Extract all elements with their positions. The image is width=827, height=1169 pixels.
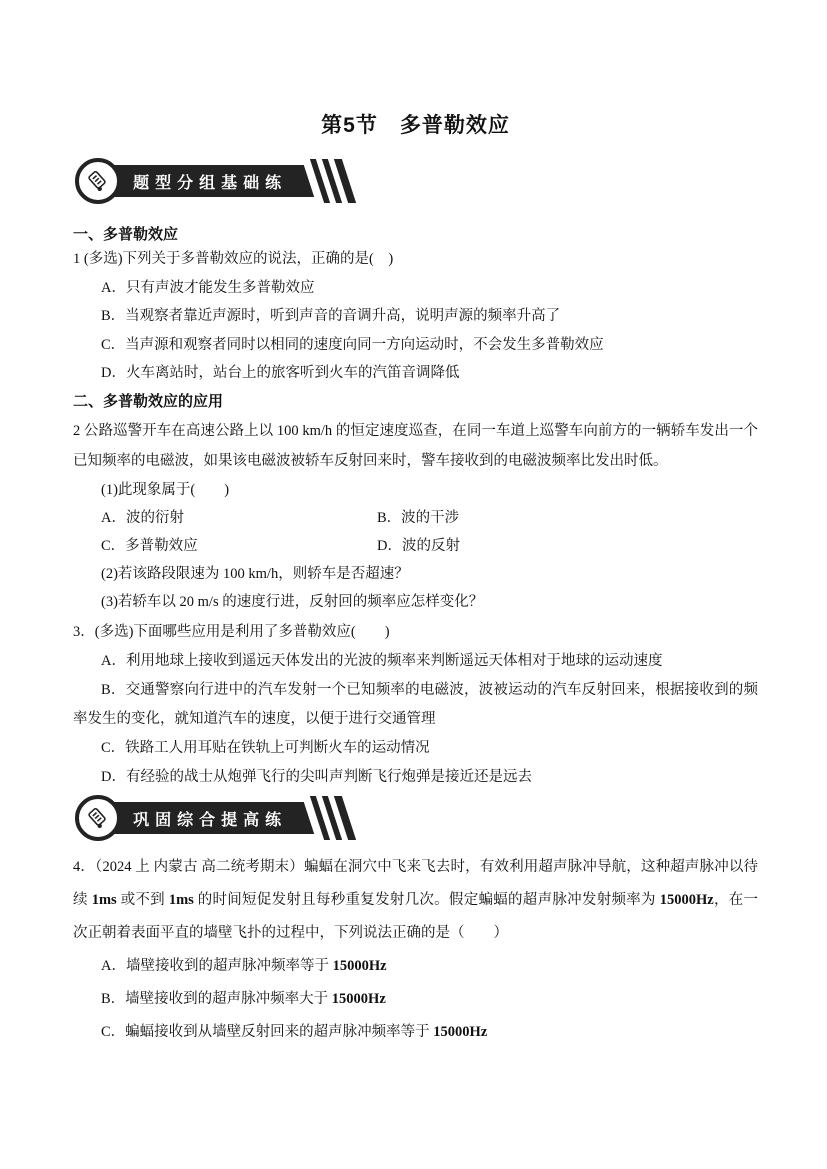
badge-label: 题型分组基础练 <box>133 170 287 193</box>
question-2-stem: 2 公路巡警开车在高速公路上以 100 km/h 的恒定速度巡查，在同一车道上巡… <box>73 416 758 476</box>
question-3-option-b: B．交通警察向行进中的汽车发射一个已知频率的电磁波，波被运动的汽车反射回来，根据… <box>73 676 758 734</box>
question-3-stem: 3．(多选)下面哪些应用是利用了多普勒效应( ) <box>73 618 758 647</box>
badge-circle <box>75 158 121 204</box>
question-2-option-d: D．波的反射 <box>377 532 460 560</box>
question-3-option-c: C．铁路工人用耳贴在铁轨上可判断火车的运动情况 <box>73 734 758 763</box>
option-text: A．墙壁接收到的超声脉冲频率等于 <box>101 958 333 974</box>
question-1-option-c: C．当声源和观察者同时以相同的速度向同一方向运动时，不会发生多普勒效应 <box>73 331 758 360</box>
badge-stripes <box>317 159 355 203</box>
badge-label: 巩固综合提高练 <box>133 806 287 829</box>
question-3-option-d: D．有经验的战士从炮弹飞行的尖叫声判断飞行炮弹是接近还是远去 <box>73 763 758 792</box>
question-2-sub-3: (3)若轿车以 20 m/s 的速度行进，反射回的频率应怎样变化？ <box>73 588 758 616</box>
page-title: 第5节 多普勒效应 <box>73 112 758 140</box>
bold-number: 1ms <box>169 892 194 908</box>
question-1-option-b: B．当观察者靠近声源时，听到声音的音调升高，说明声源的频率升高了 <box>73 302 758 331</box>
question-2-option-b: B．波的干涉 <box>377 504 459 532</box>
question-2-subquestions: (1)此现象属于( ) A．波的衍射 B．波的干涉 C．多普勒效应 D．波的反射… <box>73 476 758 616</box>
scroll-icon <box>85 168 111 194</box>
stem-text: 或不到 <box>117 892 169 908</box>
question-2-options-row-1: A．波的衍射 B．波的干涉 <box>73 504 758 532</box>
bold-number: 15000Hz <box>660 892 714 908</box>
question-1: 1 (多选)下列关于多普勒效应的说法，正确的是( ) A．只有声波才能发生多普勒… <box>73 245 758 388</box>
question-4: 4．（2024 上 内蒙古 高二统考期末）蝙蝠在洞穴中飞来飞去时，有效利用超声脉… <box>73 851 758 1049</box>
question-3-option-a: A．利用地球上接收到遥远天体发出的光波的频率来判断遥远天体相对于地球的运动速度 <box>73 647 758 676</box>
section-heading-2: 二、多普勒效应的应用 <box>73 392 758 412</box>
section-badge-advanced-practice: 巩固综合提高练 <box>75 794 758 842</box>
badge-circle <box>75 795 121 841</box>
question-4-stem: 4．（2024 上 内蒙古 高二统考期末）蝙蝠在洞穴中飞来飞去时，有效利用超声脉… <box>73 851 758 950</box>
badge-stripes <box>317 796 355 840</box>
bold-number: 15000Hz <box>332 991 386 1007</box>
section-badge-basic-practice: 题型分组基础练 <box>75 157 758 205</box>
question-3: 3．(多选)下面哪些应用是利用了多普勒效应( ) A．利用地球上接收到遥远天体发… <box>73 618 758 792</box>
bold-number: 15000Hz <box>433 1024 487 1040</box>
question-4-option-a: A．墙壁接收到的超声脉冲频率等于 15000Hz <box>73 950 758 983</box>
question-2-option-c: C．多普勒效应 <box>101 532 377 560</box>
question-2-sub-2: (2)若该路段限速为 100 km/h，则轿车是否超速？ <box>73 560 758 588</box>
question-4-option-b: B．墙壁接收到的超声脉冲频率大于 15000Hz <box>73 983 758 1016</box>
stem-text: 的时间短促发射且每秒重复发射几次。假定蝙蝠的超声脉冲发射频率为 <box>194 892 660 908</box>
question-4-option-c: C．蝙蝠接收到从墙壁反射回来的超声脉冲频率等于 15000Hz <box>73 1016 758 1049</box>
bold-number: 1ms <box>92 892 117 908</box>
question-1-option-a: A．只有声波才能发生多普勒效应 <box>73 274 758 303</box>
scroll-icon <box>85 805 111 831</box>
worksheet-page: 第5节 多普勒效应 题型分组基础练 一、多普勒效应 1 (多选) <box>0 0 827 1169</box>
bold-number: 15000Hz <box>333 958 387 974</box>
question-2-sub-1: (1)此现象属于( ) <box>73 476 758 504</box>
question-2: 2 公路巡警开车在高速公路上以 100 km/h 的恒定速度巡查，在同一车道上巡… <box>73 416 758 616</box>
badge-banner: 题型分组基础练 <box>100 165 314 197</box>
question-1-stem: 1 (多选)下列关于多普勒效应的说法，正确的是( ) <box>73 245 758 274</box>
option-text: C．蝙蝠接收到从墙壁反射回来的超声脉冲频率等于 <box>101 1024 433 1040</box>
option-text: B．墙壁接收到的超声脉冲频率大于 <box>101 991 332 1007</box>
question-2-option-a: A．波的衍射 <box>101 504 377 532</box>
question-1-option-d: D．火车离站时，站台上的旅客听到火车的汽笛音调降低 <box>73 359 758 388</box>
question-2-options-row-2: C．多普勒效应 D．波的反射 <box>73 532 758 560</box>
badge-banner: 巩固综合提高练 <box>100 802 314 834</box>
section-heading-1: 一、多普勒效应 <box>73 225 758 245</box>
